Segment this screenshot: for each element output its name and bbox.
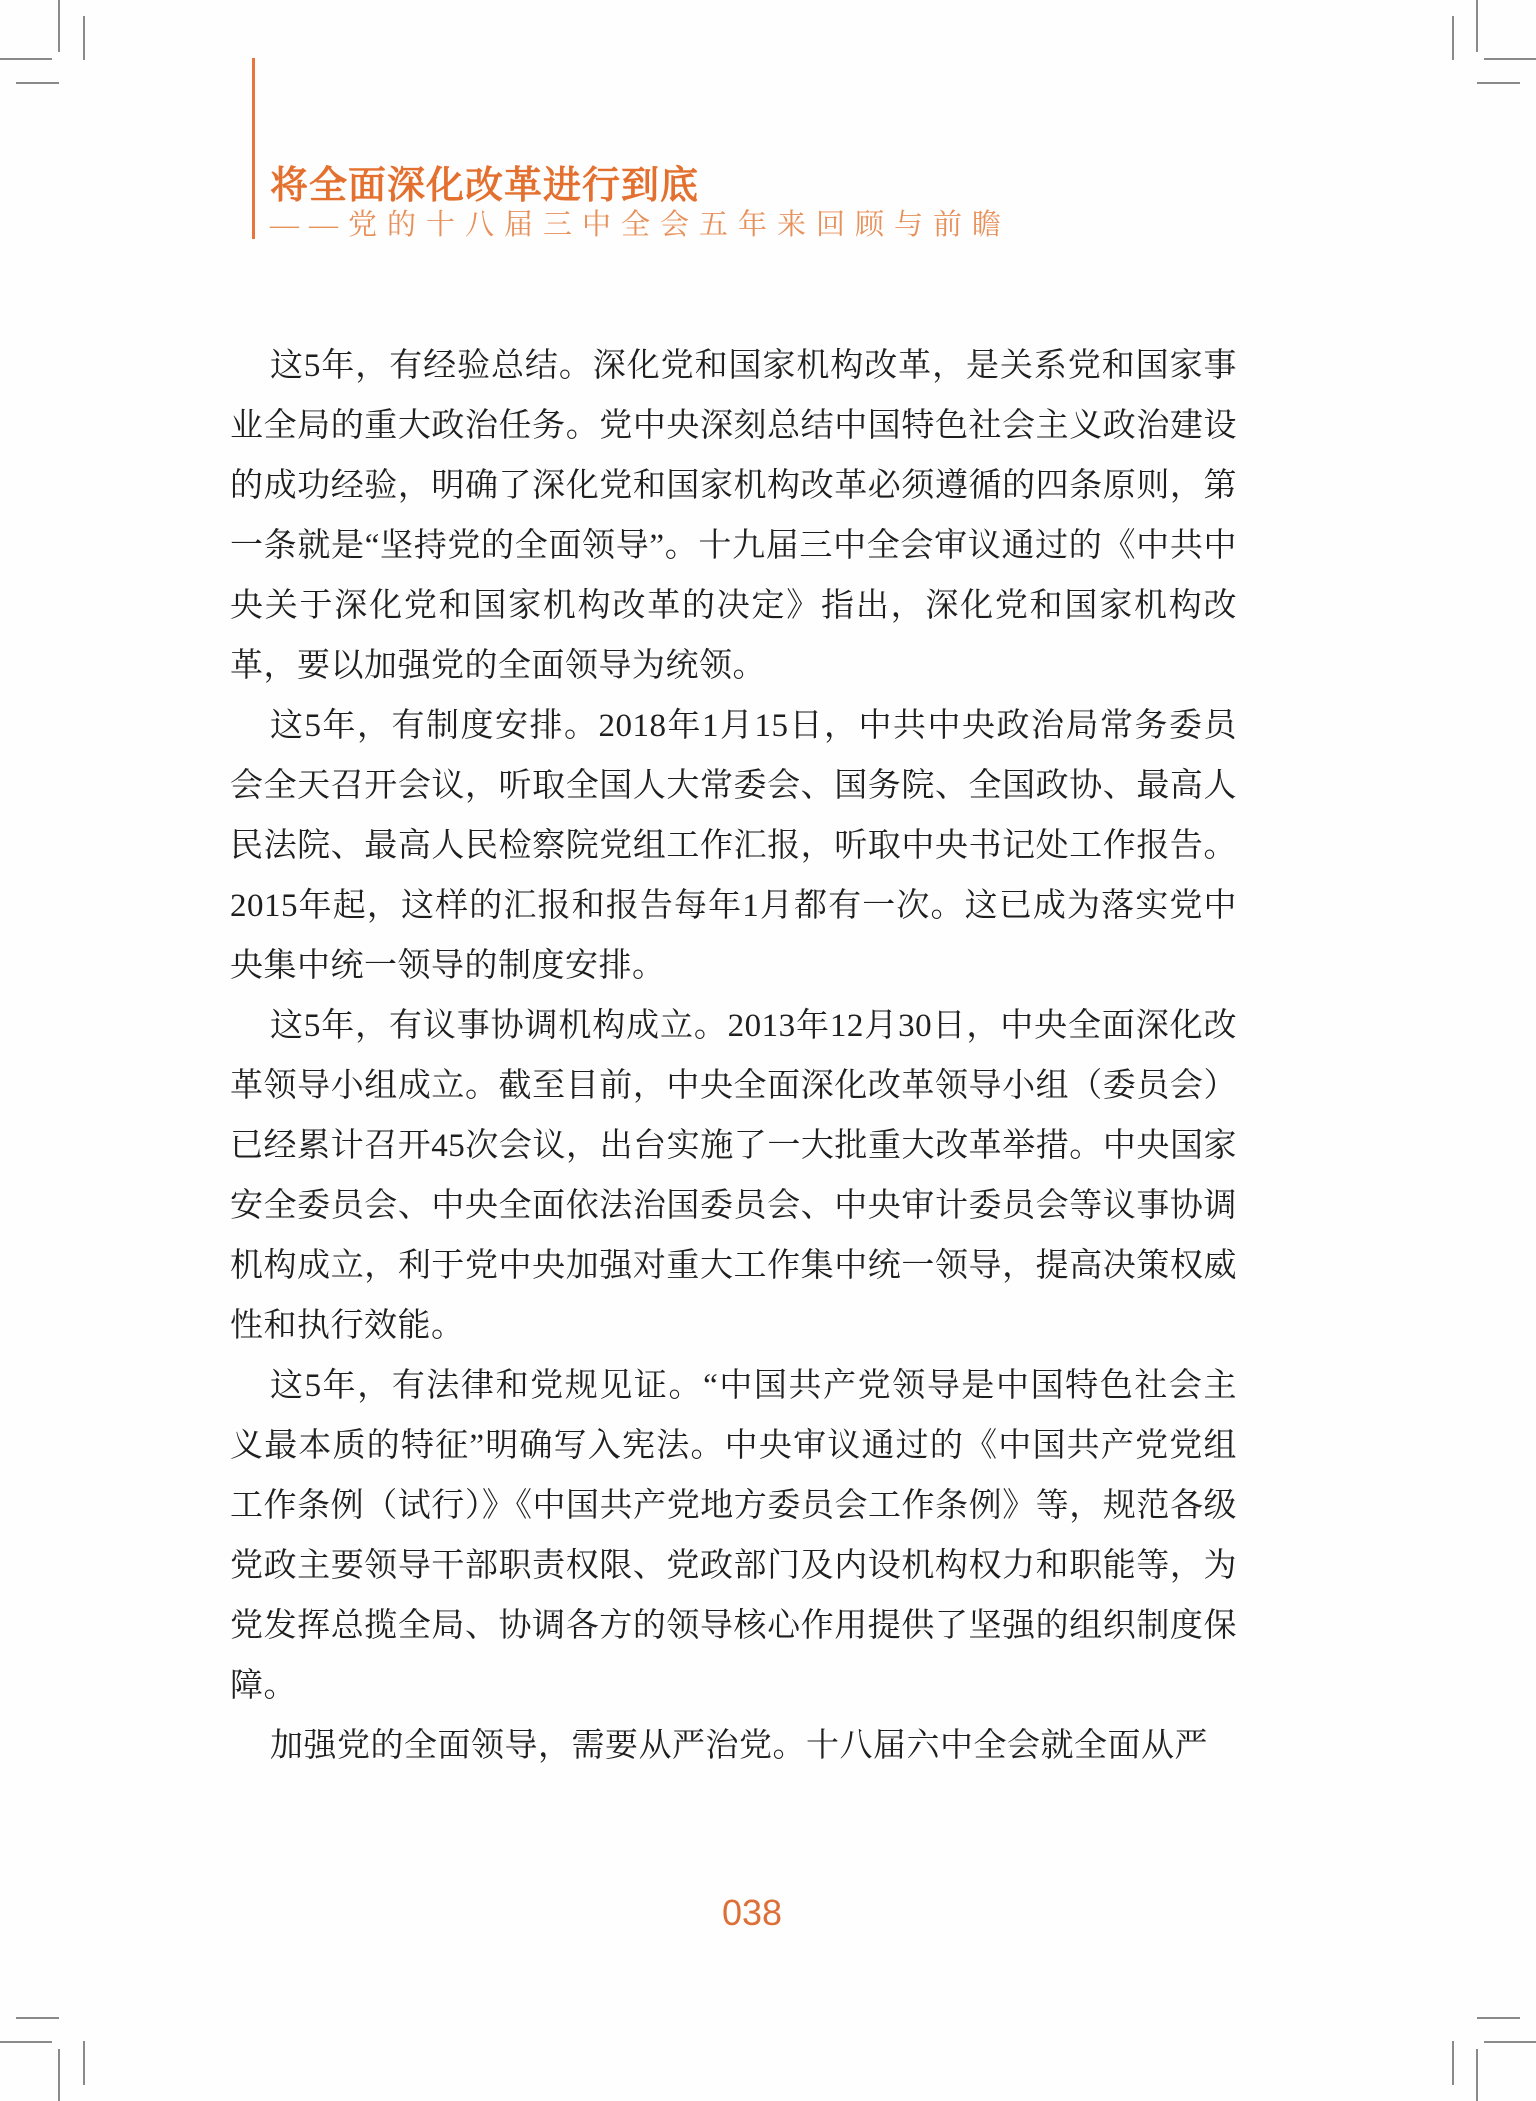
crop-mark-top-right-horizontal-outer (1484, 58, 1536, 60)
crop-mark-top-right-vertical-inner (1452, 16, 1454, 60)
crop-mark-top-right-vertical-outer (1476, 0, 1478, 52)
crop-mark-bottom-right-horizontal-inner (1477, 2017, 1520, 2019)
crop-mark-bottom-right-horizontal-outer (1484, 2041, 1536, 2043)
crop-mark-top-left-vertical-inner (83, 16, 85, 60)
book-page: 将全面深化改革进行到底 ——党的十八届三中全会五年来回顾与前瞻 这5年，有经验总… (0, 0, 1536, 2101)
crop-mark-bottom-left-vertical-inner (83, 2041, 85, 2085)
crop-mark-top-left-horizontal-inner (16, 82, 59, 84)
body-text-block: 这5年，有经验总结。深化党和国家机构改革，是关系党和国家事业全局的重大政治任务。… (230, 336, 1237, 1776)
crop-mark-top-right-horizontal-inner (1477, 82, 1520, 84)
body-paragraph: 这5年，有经验总结。深化党和国家机构改革，是关系党和国家事业全局的重大政治任务。… (230, 336, 1237, 696)
chapter-subtitle: ——党的十八届三中全会五年来回顾与前瞻 (270, 208, 1011, 242)
crop-mark-top-left-horizontal-outer (0, 58, 52, 60)
crop-mark-bottom-left-vertical-outer (58, 2049, 60, 2101)
crop-mark-bottom-right-vertical-inner (1452, 2041, 1454, 2085)
crop-mark-bottom-right-vertical-outer (1476, 2049, 1478, 2101)
crop-mark-bottom-left-horizontal-inner (16, 2017, 59, 2019)
page-number: 038 (722, 1893, 782, 1933)
body-paragraph: 这5年，有议事协调机构成立。2013年12月30日，中央全面深化改革领导小组成立… (230, 996, 1237, 1356)
body-paragraph: 加强党的全面领导，需要从严治党。十八届六中全会就全面从严 (230, 1716, 1237, 1776)
chapter-title: 将全面深化改革进行到底 (270, 165, 699, 207)
header-accent-line (252, 58, 255, 239)
body-paragraph: 这5年，有法律和党规见证。“中国共产党领导是中国特色社会主义最本质的特征”明确写… (230, 1356, 1237, 1716)
crop-mark-top-left-vertical-outer (58, 0, 60, 52)
crop-mark-bottom-left-horizontal-outer (0, 2041, 52, 2043)
body-paragraph: 这5年，有制度安排。2018年1月15日，中共中央政治局常务委员会全天召开会议，… (230, 696, 1237, 996)
